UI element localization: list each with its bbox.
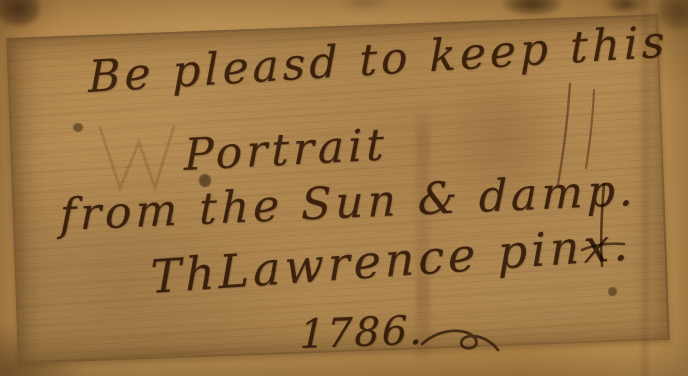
ink-stray-strokes — [548, 80, 618, 190]
ink-cross-mark — [578, 180, 628, 275]
handwriting-line-5: 1786. — [299, 308, 424, 358]
handwriting-line-2: Portrait — [184, 119, 388, 181]
photo-of-handwritten-label: Be pleasd to keep this Portrait from the… — [0, 0, 688, 376]
ink-flourish — [418, 324, 503, 358]
